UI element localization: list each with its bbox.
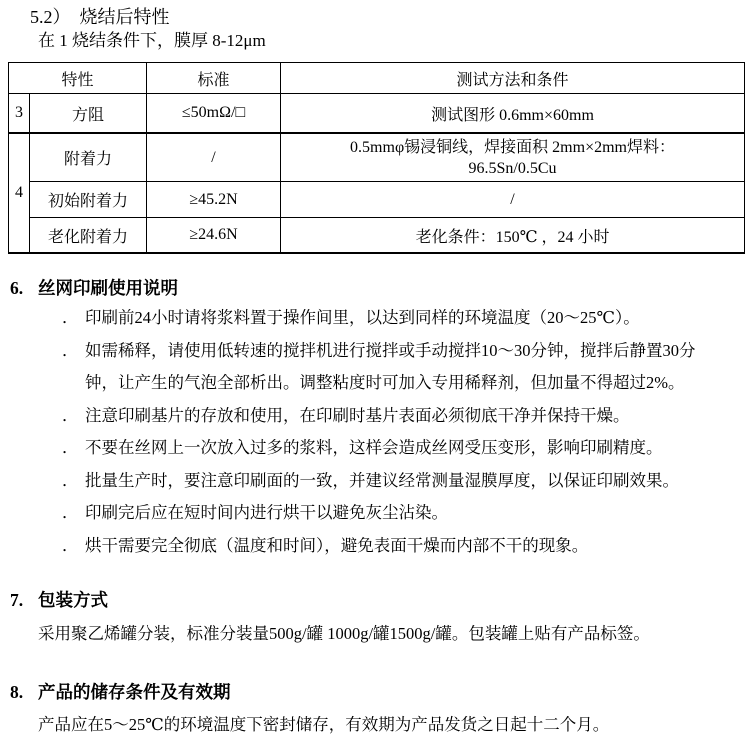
section5-title: 5.2） 烧结后特性 [30,6,750,29]
characteristic-name: 方阻 [30,94,147,134]
bullet-text: 烘干需要完全彻底（温度和时间），避免表面干燥而内部不干的现象。 [85,536,588,555]
document-page: 5.2） 烧结后特性 在 1 烧结条件下，膜厚 8-12μm 特性 标准 测试方… [0,0,750,750]
standard-value: ≤50mΩ/□ [147,94,281,134]
section6-bullet-list: ． 印刷前24小时请将浆料置于操作间里，以达到同样的环境温度（20～25℃）。 … [0,302,750,562]
table-header-row: 特性 标准 测试方法和条件 [9,63,745,94]
section6-number: 6. [10,276,38,300]
list-item: ． 注意印刷基片的存放和使用，在印刷时基片表面必须彻底干净并保持干燥。 [62,400,703,433]
bullet-icon: ． [62,465,79,498]
standard-value: / [147,133,281,182]
bullet-icon: ． [62,335,79,368]
list-item: ． 如需稀释，请使用低转速的搅拌机进行搅拌或手动搅拌10～30分钟，搅拌后静置3… [62,335,703,400]
section8-title: 产品的储存条件及有效期 [38,680,231,704]
bullet-text: 印刷前24小时请将浆料置于操作间里，以达到同样的环境温度（20～25℃）。 [85,308,640,327]
list-item: ． 不要在丝网上一次放入过多的浆料，这样会造成丝网受压变形，影响印刷精度。 [62,432,703,465]
list-item: ． 烘干需要完全彻底（温度和时间），避免表面干燥而内部不干的现象。 [62,530,703,563]
method-value: / [281,182,745,218]
method-value: 测试图形 0.6mm×60mm [281,94,745,134]
section8-number: 8. [10,680,38,704]
section7-number: 7. [10,588,38,612]
bullet-text: 注意印刷基片的存放和使用，在印刷时基片表面必须彻底干净并保持干燥。 [85,406,630,425]
section6-title: 丝网印刷使用说明 [38,276,178,300]
characteristic-name: 老化附着力 [30,218,147,254]
bullet-icon: ． [62,302,79,335]
bullet-icon: ． [62,530,79,563]
section6-heading: 6. 丝网印刷使用说明 [0,276,750,300]
header-method: 测试方法和条件 [281,63,745,94]
section7-body: 采用聚乙烯罐分装，标准分装量500g/罐 1000g/罐1500g/罐。包装罐上… [38,622,738,646]
bullet-icon: ． [62,400,79,433]
bullet-text: 批量生产时，要注意印刷面的一致，并建议经常测量湿膜厚度，以保证印刷效果。 [85,471,679,490]
list-item: ． 印刷完后应在短时间内进行烘干以避免灰尘沾染。 [62,497,703,530]
bullet-text: 不要在丝网上一次放入过多的浆料，这样会造成丝网受压变形，影响印刷精度。 [85,438,663,457]
characteristic-name: 附着力 [30,133,147,182]
list-item: ． 印刷前24小时请将浆料置于操作间里，以达到同样的环境温度（20～25℃）。 [62,302,703,335]
header-characteristic: 特性 [9,63,147,94]
table-row-initial-adhesion: 初始附着力 ≥45.2N / [9,182,745,218]
section7-title: 包装方式 [38,588,108,612]
list-item: ． 批量生产时，要注意印刷面的一致，并建议经常测量湿膜厚度，以保证印刷效果。 [62,465,703,498]
standard-value: ≥24.6N [147,218,281,254]
section7-heading: 7. 包装方式 [0,588,750,612]
row-num: 3 [9,94,30,134]
method-line1: 0.5mmφ锡浸铜线，焊接面积 2mm×2mm焊料： [283,137,742,158]
table-row-sheet-resistance: 3 方阻 ≤50mΩ/□ 测试图形 0.6mm×60mm [9,94,745,134]
section8-heading: 8. 产品的储存条件及有效期 [0,680,750,704]
section5-subtitle: 在 1 烧结条件下，膜厚 8-12μm [38,29,750,52]
method-line2: 96.5Sn/0.5Cu [283,158,742,179]
bullet-text: 如需稀释，请使用低转速的搅拌机进行搅拌或手动搅拌10～30分钟，搅拌后静置30分… [85,341,696,393]
bullet-text: 印刷完后应在短时间内进行烘干以避免灰尘沾染。 [85,503,448,522]
method-value: 老化条件：150℃ ，24 小时 [281,218,745,254]
section8-body: 产品应在5～25℃的环境温度下密封储存，有效期为产品发货之日起十二个月。 [38,713,738,737]
bullet-icon: ． [62,497,79,530]
method-value: 0.5mmφ锡浸铜线，焊接面积 2mm×2mm焊料： 96.5Sn/0.5Cu [281,133,745,182]
standard-value: ≥45.2N [147,182,281,218]
header-standard: 标准 [147,63,281,94]
bullet-icon: ． [62,432,79,465]
row-num: 4 [9,133,30,253]
table-row-aged-adhesion: 老化附着力 ≥24.6N 老化条件：150℃ ，24 小时 [9,218,745,254]
table-row-adhesion: 4 附着力 / 0.5mmφ锡浸铜线，焊接面积 2mm×2mm焊料： 96.5S… [9,133,745,182]
spec-table: 特性 标准 测试方法和条件 3 方阻 ≤50mΩ/□ 测试图形 0.6mm×60… [8,62,745,254]
characteristic-name: 初始附着力 [30,182,147,218]
